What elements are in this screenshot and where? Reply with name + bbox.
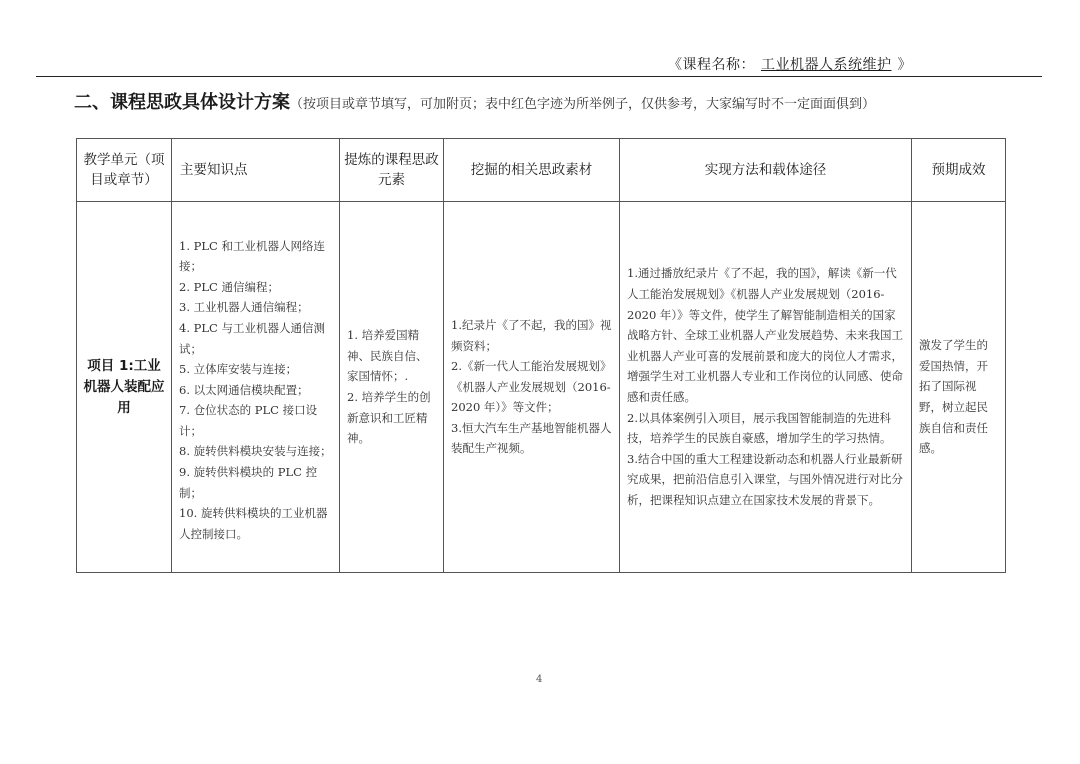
list-item: 3. 工业机器人通信编程； [179,297,332,318]
list-item: 2.以具体案例引入项目，展示我国智能制造的先进科技，培养学生的民族自豪感，增加学… [627,408,904,449]
list-item: 1. PLC 和工业机器人网络连接； [179,236,332,277]
materials-cell: 1.纪录片《了不起，我的国》视频资料； 2.《新一代人工能治发展规划》《机器人产… [444,202,620,573]
course-name-value: 工业机器人系统维护 [755,57,898,73]
list-item: 1. 培养爱国精神、民族自信、家国情怀；. [347,325,436,387]
list-item: 10. 旋转供料模块的工业机器人控制接口。 [179,503,332,544]
page-number: 4 [536,674,542,685]
unit-cell: 项目 1:工业机器人装配应用 [77,202,172,573]
list-item: 4. PLC 与工业机器人通信测试； [179,318,332,359]
list-item: 9. 旋转供料模块的 PLC 控制； [179,462,332,503]
design-table: 教学单元（项目或章节） 主要知识点 提炼的课程思政元素 挖掘的相关思政素材 实现… [76,138,1006,573]
list-item: 8. 旋转供料模块安装与连接； [179,441,332,462]
header-materials: 挖掘的相关思政素材 [444,139,620,202]
list-item: 2.《新一代人工能治发展规划》《机器人产业发展规划（2016-2020 年）》等… [451,356,612,418]
list-item: 1.纪录片《了不起，我的国》视频资料； [451,315,612,356]
methods-cell: 1.通过播放纪录片《了不起，我的国》，解读《新一代人工能治发展规划》《机器人产业… [620,202,912,573]
table-row: 项目 1:工业机器人装配应用 1. PLC 和工业机器人网络连接； 2. PLC… [77,202,1006,573]
list-item: 6. 以太网通信模块配置； [179,380,332,401]
ideological-elements-cell: 1. 培养爱国精神、民族自信、家国情怀；. 2. 培养学生的创新意识和工匠精神。 [340,202,444,573]
list-item: 7. 仓位状态的 PLC 接口设计； [179,400,332,441]
header-unit: 教学单元（项目或章节） [77,139,172,202]
list-item: 3.恒大汽车生产基地智能机器人装配生产视频。 [451,418,612,459]
list-item: 2. 培养学生的创新意识和工匠精神。 [347,387,436,449]
section-title: 二、课程思政具体设计方案 [74,92,290,113]
header-methods: 实现方法和载体途径 [620,139,912,202]
header-expected-outcome: 预期成效 [912,139,1006,202]
section-note: （按项目或章节填写，可加附页；表中红色字迹为所举例子，仅供参考，大家编写时不一定… [290,97,875,112]
knowledge-points-cell: 1. PLC 和工业机器人网络连接； 2. PLC 通信编程； 3. 工业机器人… [172,202,340,573]
list-item: 2. PLC 通信编程； [179,277,332,298]
course-label: 《课程名称： [668,57,755,73]
course-name-line: 《课程名称：工业机器人系统维护》 [668,54,912,74]
table-header-row: 教学单元（项目或章节） 主要知识点 提炼的课程思政元素 挖掘的相关思政素材 实现… [77,139,1006,202]
section-heading: 二、课程思政具体设计方案（按项目或章节填写，可加附页；表中红色字迹为所举例子，仅… [74,88,875,114]
list-item: 1.通过播放纪录片《了不起，我的国》，解读《新一代人工能治发展规划》《机器人产业… [627,263,904,407]
course-close: 》 [898,57,913,73]
list-item: 3.结合中国的重大工程建设新动态和机器人行业最新研究成果，把前沿信息引入课堂，与… [627,449,904,511]
course-header: 《课程名称：工业机器人系统维护》 [36,52,1042,77]
header-ideological-elements: 提炼的课程思政元素 [340,139,444,202]
expected-outcome-cell: 激发了学生的爱国热情，开拓了国际视野，树立起民族自信和责任感。 [912,202,1006,573]
header-knowledge-points: 主要知识点 [172,139,340,202]
list-item: 5. 立体库安装与连接； [179,359,332,380]
